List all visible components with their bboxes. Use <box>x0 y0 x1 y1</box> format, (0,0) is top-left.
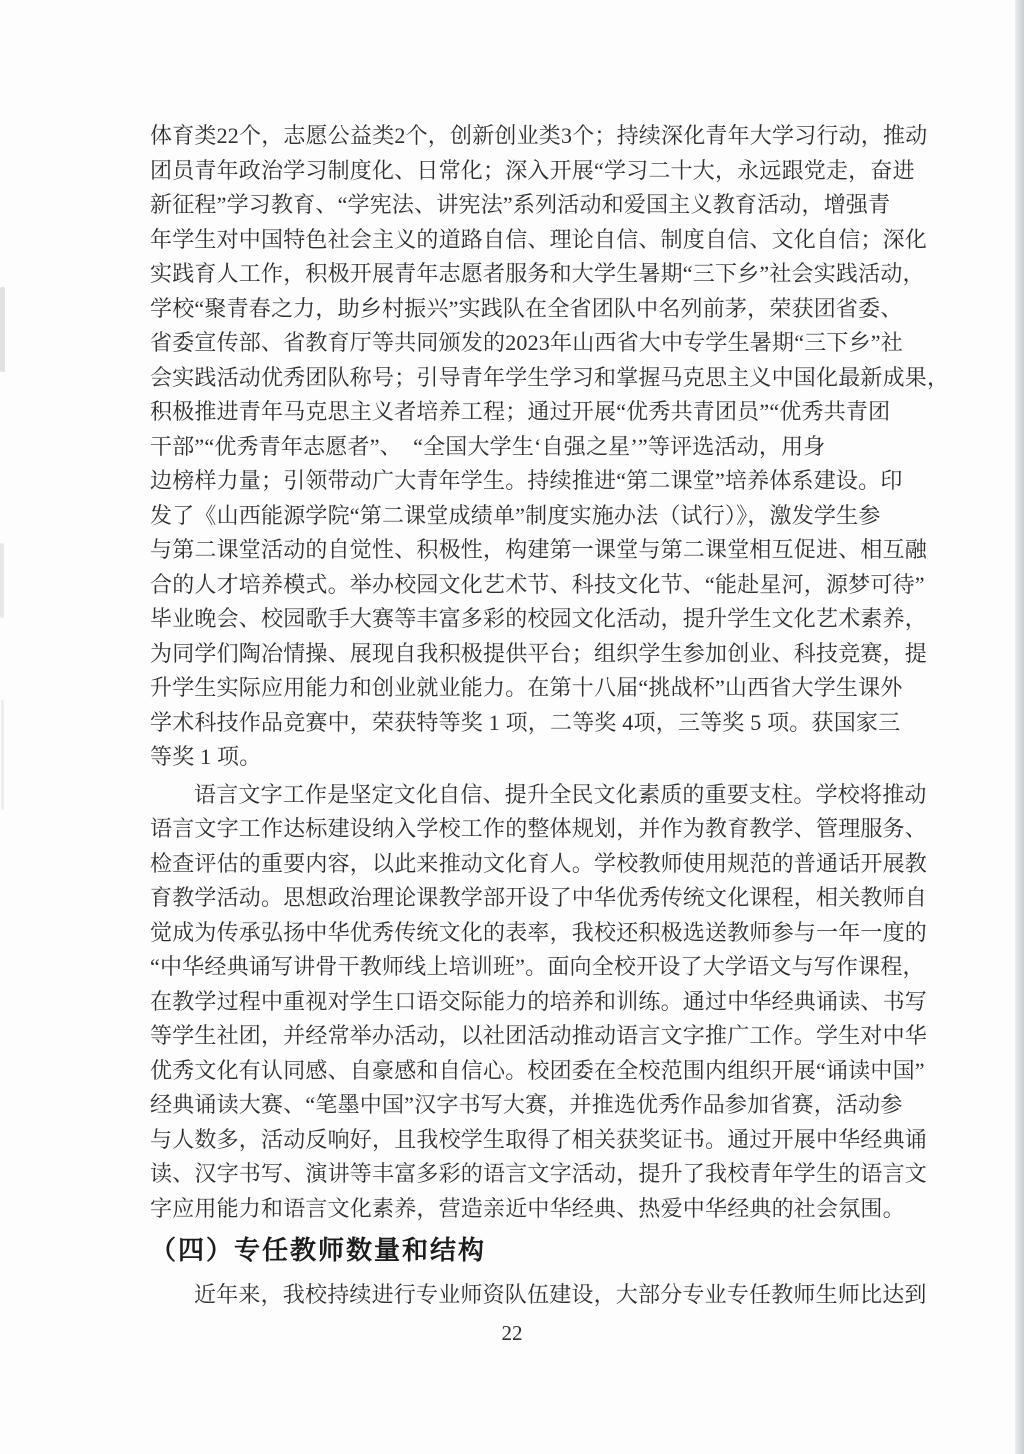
body-text-line: 学术科技作品竞赛中，荣获特等奖 1 项，二等奖 4项，三等奖 5 项。获国家三 <box>150 706 886 741</box>
body-text-line: 发了《山西能源学院“第二课堂成绩单”制度实施办法（试行）》，激发学生参 <box>150 499 886 534</box>
body-text-line: 与第二课堂活动的自觉性、积极性，构建第一课堂与第二课堂相互促进、相互融 <box>150 533 886 568</box>
scan-artifact-left <box>0 543 4 618</box>
body-text-line: 读、汉字书写、演讲等丰富多彩的语言文字活动，提升了我校青年学生的语言文 <box>150 1157 886 1192</box>
text-block: 体育类22个，志愿公益类2个，创新创业类3个；持续深化青年大学习行动，推动 团员… <box>150 119 886 1313</box>
body-text-line: 年学生对中国特色社会主义的道路自信、理论自信、制度自信、文化自信；深化 <box>150 223 886 258</box>
scan-artifact-left <box>1 700 4 810</box>
body-text-line: 检查评估的重要内容，以此来推动文化育人。学校教师使用规范的普通话开展教 <box>150 847 886 882</box>
paragraph-2: 语言文字工作是坚定文化自信、提升全民文化素质的重要支柱。学校将推动 语言文字工作… <box>150 778 886 1227</box>
body-text-line: 边榜样力量；引领带动广大青年学生。持续推进“第二课堂”培养体系建设。印 <box>150 464 886 499</box>
body-text-line: 在教学过程中重视对学生口语交际能力的培养和训练。通过中华经典诵读、书写 <box>150 985 886 1020</box>
body-text-line: 育教学活动。思想政治理论课教学部开设了中华优秀传统文化课程，相关教师自 <box>150 881 886 916</box>
body-text-line: 省委宣传部、省教育厅等共同颁发的2023年山西省大中专学生暑期“三下乡”社 <box>150 326 886 361</box>
body-text-line: 语言文字工作达标建设纳入学校工作的整体规划，并作为教育教学、管理服务、 <box>150 812 886 847</box>
page-number: 22 <box>0 1320 1024 1346</box>
body-text-line: “中华经典诵写讲骨干教师线上培训班”。面向全校开设了大学语文与写作课程， <box>150 950 886 985</box>
body-text-line: 等学生社团，并经常举办活动，以社团活动推动语言文字推广工作。学生对中华 <box>150 1019 886 1054</box>
body-text-line: 合的人才培养模式。举办校园文化艺术节、科技文化节、“能赴星河，源梦可待” <box>150 568 886 603</box>
body-text-line: 字应用能力和语言文化素养，营造亲近中华经典、热爱中华经典的社会氛围。 <box>150 1192 886 1227</box>
body-text-line: 等奖 1 项。 <box>150 740 886 775</box>
body-text-line: 会实践活动优秀团队称号；引导青年学生学习和掌握马克思主义中国化最新成果， <box>150 361 886 396</box>
body-text-line: 为同学们陶冶情操、展现自我积极提供平台；组织学生参加创业、科技竞赛，提 <box>150 637 886 672</box>
document-page: 体育类22个，志愿公益类2个，创新创业类3个；持续深化青年大学习行动，推动 团员… <box>0 0 1024 1454</box>
body-text-line: 实践育人工作，积极开展青年志愿者服务和大学生暑期“三下乡”社会实践活动， <box>150 257 886 292</box>
body-text-line: 毕业晚会、校园歌手大赛等丰富多彩的校园文化活动，提升学生文化艺术素养， <box>150 602 886 637</box>
paragraph-1: 体育类22个，志愿公益类2个，创新创业类3个；持续深化青年大学习行动，推动 团员… <box>150 119 886 775</box>
body-text-line: 觉成为传承弘扬中华优秀传统文化的表率，我校还积极选送教师参与一年一度的 <box>150 916 886 951</box>
body-text-line: 经典诵读大赛、“笔墨中国”汉字书写大赛，并推选优秀作品参加省赛，活动参 <box>150 1088 886 1123</box>
body-text-line: 积极推进青年马克思主义者培养工程；通过开展“优秀共青团员”“优秀共青团 <box>150 395 886 430</box>
body-text-line: 干部”“优秀青年志愿者”、 “全国大学生‘自强之星’”等评选活动，用身 <box>150 430 886 465</box>
body-text-line: 优秀文化有认同感、自豪感和自信心。校团委在全校范围内组织开展“诵读中国” <box>150 1054 886 1089</box>
scan-artifact-left <box>0 287 5 372</box>
paragraph-3: 近年来，我校持续进行专业师资队伍建设，大部分专业专任教师生师比达到 <box>150 1278 886 1313</box>
body-text-line: 学校“聚青春之力，助乡村振兴”实践队在全省团队中名列前茅，荣获团省委、 <box>150 292 886 327</box>
body-text-line: 升学生实际应用能力和创业就业能力。在第十八届“挑战杯”山西省大学生课外 <box>150 671 886 706</box>
body-text-line: 新征程”学习教育、“学宪法、讲宪法”系列活动和爱国主义教育活动，增强青 <box>150 188 886 223</box>
body-text-line: 近年来，我校持续进行专业师资队伍建设，大部分专业专任教师生师比达到 <box>150 1278 886 1313</box>
body-text-line: 语言文字工作是坚定文化自信、提升全民文化素质的重要支柱。学校将推动 <box>150 778 886 813</box>
body-text-line: 体育类22个，志愿公益类2个，创新创业类3个；持续深化青年大学习行动，推动 <box>150 119 886 154</box>
section-heading: （四）专任教师数量和结构 <box>150 1230 886 1270</box>
body-text-line: 团员青年政治学习制度化、日常化；深入开展“学习二十大，永远跟党走，奋进 <box>150 154 886 189</box>
scan-edge-right <box>1015 0 1024 1454</box>
body-text-line: 与人数多，活动反响好，且我校学生取得了相关获奖证书。通过开展中华经典诵 <box>150 1123 886 1158</box>
